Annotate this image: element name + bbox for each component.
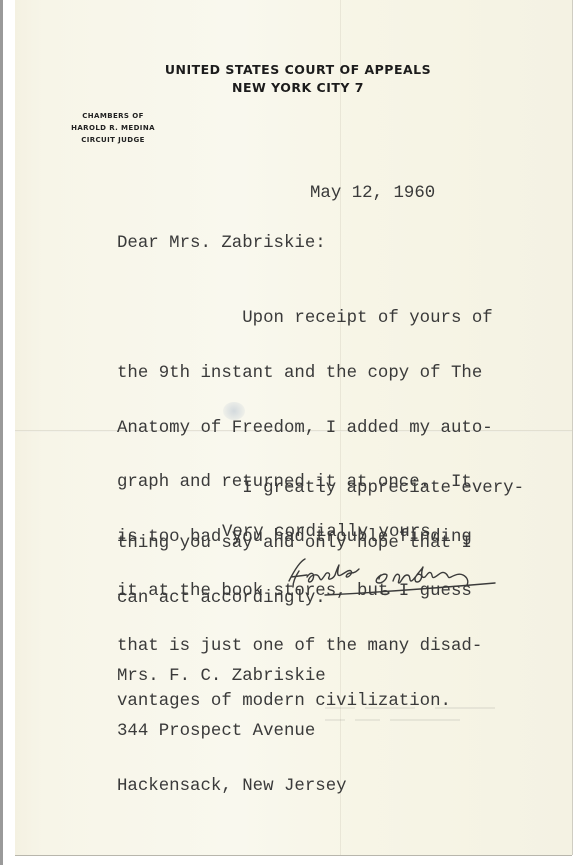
salutation: Dear Mrs. Zabriskie: (117, 235, 326, 253)
body-line: Anatomy of Freedom, I added my auto- (117, 420, 493, 438)
body-line: the 9th instant and the copy of The (117, 365, 493, 383)
recipient-street: 344 Prospect Avenue (117, 723, 347, 741)
recipient-address: Mrs. F. C. Zabriskie 344 Prospect Avenue… (117, 632, 347, 832)
court-name: UNITED STATES COURT OF APPEALS (163, 62, 433, 77)
closing: Very cordially yours, (222, 524, 441, 542)
ink-smudge (223, 402, 245, 420)
chambers-block: CHAMBERS OF HAROLD R. MEDINA CIRCUIT JUD… (53, 110, 173, 146)
bleed-through-text (325, 700, 525, 730)
handwritten-signature (285, 555, 515, 601)
court-location: NEW YORK CITY 7 (163, 80, 433, 95)
scanned-letter: UNITED STATES COURT OF APPEALS NEW YORK … (0, 0, 576, 865)
letter-date: May 12, 1960 (310, 185, 435, 203)
recipient-city: Hackensack, New Jersey (117, 778, 347, 796)
judge-title: CIRCUIT JUDGE (53, 134, 173, 146)
chambers-label: CHAMBERS OF (53, 110, 173, 122)
body-line: I greatly appreciate every- (117, 480, 524, 498)
body-line: Upon receipt of yours of (117, 310, 493, 328)
letter-paper: UNITED STATES COURT OF APPEALS NEW YORK … (15, 0, 572, 855)
judge-name: HAROLD R. MEDINA (53, 122, 173, 134)
scan-border (0, 0, 3, 865)
recipient-name: Mrs. F. C. Zabriskie (117, 668, 347, 686)
body-paragraph-2: I greatly appreciate every- thing you sa… (117, 444, 524, 644)
